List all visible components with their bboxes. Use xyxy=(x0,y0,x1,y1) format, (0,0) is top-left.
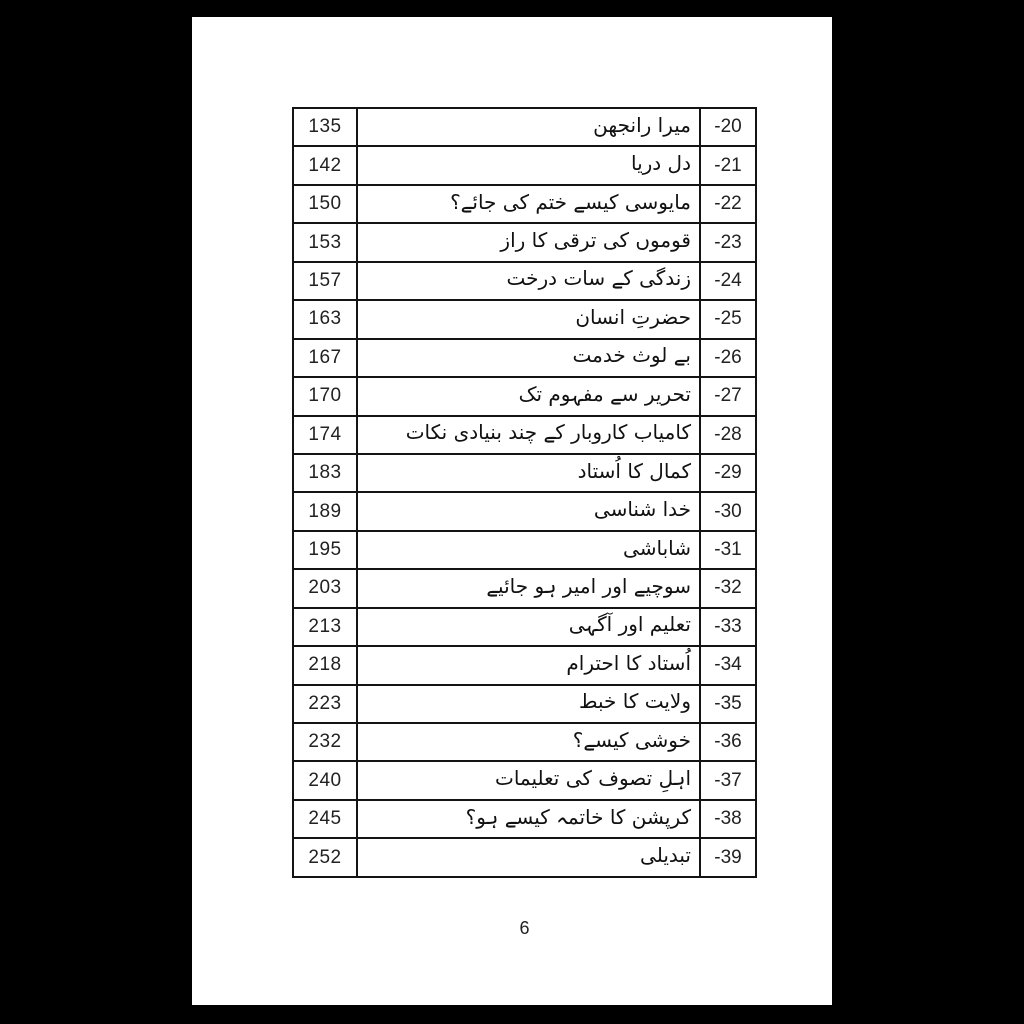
chapter-number-cell: -37 xyxy=(700,761,756,799)
toc-row: 153قوموں کی ترقی کا راز-23 xyxy=(293,223,756,261)
toc-row: 195شاباشی-31 xyxy=(293,531,756,569)
toc-row: 189خدا شناسی-30 xyxy=(293,492,756,530)
page-number-cell: 245 xyxy=(293,800,357,838)
page-number-cell: 189 xyxy=(293,492,357,530)
toc-row: 135میرا رانجھن-20 xyxy=(293,108,756,146)
chapter-number-cell: -29 xyxy=(700,454,756,492)
chapter-number-cell: -28 xyxy=(700,416,756,454)
toc-row: 203سوچیے اور امیر ہو جائیے-32 xyxy=(293,569,756,607)
toc-row: 218اُستاد کا احترام-34 xyxy=(293,646,756,684)
toc-row: 150مایوسی کیسے ختم کی جائے؟-22 xyxy=(293,185,756,223)
page-number-cell: 174 xyxy=(293,416,357,454)
page-number-cell: 252 xyxy=(293,838,357,877)
page-number-cell: 183 xyxy=(293,454,357,492)
chapter-title-cell: میرا رانجھن xyxy=(357,108,700,146)
chapter-number-cell: -32 xyxy=(700,569,756,607)
page-number-cell: 157 xyxy=(293,262,357,300)
toc-row: 183کمال کا اُستاد-29 xyxy=(293,454,756,492)
page-number-cell: 142 xyxy=(293,146,357,184)
toc-row: 232خوشی کیسے؟-36 xyxy=(293,723,756,761)
chapter-number-cell: -35 xyxy=(700,685,756,723)
toc-table: 135میرا رانجھن-20142دل دریا-21150مایوسی … xyxy=(292,107,757,878)
page-number: 6 xyxy=(292,918,757,939)
chapter-number-cell: -20 xyxy=(700,108,756,146)
toc-row: 163حضرتِ انسان-25 xyxy=(293,300,756,338)
page-number-cell: 163 xyxy=(293,300,357,338)
page-number-cell: 232 xyxy=(293,723,357,761)
toc-row: 170تحریر سے مفہوم تک-27 xyxy=(293,377,756,415)
chapter-title-cell: کامیاب کاروبار کے چند بنیادی نکات xyxy=(357,416,700,454)
chapter-title-cell: بے لوث خدمت xyxy=(357,339,700,377)
chapter-number-cell: -38 xyxy=(700,800,756,838)
page-number-cell: 170 xyxy=(293,377,357,415)
chapter-number-cell: -31 xyxy=(700,531,756,569)
chapter-number-cell: -27 xyxy=(700,377,756,415)
toc-row: 157زندگی کے سات درخت-24 xyxy=(293,262,756,300)
chapter-number-cell: -21 xyxy=(700,146,756,184)
chapter-title-cell: کرپشن کا خاتمہ کیسے ہو؟ xyxy=(357,800,700,838)
chapter-title-cell: حضرتِ انسان xyxy=(357,300,700,338)
page-number-cell: 150 xyxy=(293,185,357,223)
chapter-number-cell: -33 xyxy=(700,608,756,646)
chapter-title-cell: خدا شناسی xyxy=(357,492,700,530)
toc-row: 213تعلیم اور آگہی-33 xyxy=(293,608,756,646)
chapter-title-cell: قوموں کی ترقی کا راز xyxy=(357,223,700,261)
chapter-title-cell: خوشی کیسے؟ xyxy=(357,723,700,761)
page-number-cell: 195 xyxy=(293,531,357,569)
toc-table-body: 135میرا رانجھن-20142دل دریا-21150مایوسی … xyxy=(293,108,756,877)
chapter-number-cell: -36 xyxy=(700,723,756,761)
page-number-cell: 240 xyxy=(293,761,357,799)
chapter-number-cell: -23 xyxy=(700,223,756,261)
chapter-title-cell: تحریر سے مفہوم تک xyxy=(357,377,700,415)
toc-row: 142دل دریا-21 xyxy=(293,146,756,184)
page-number-cell: 135 xyxy=(293,108,357,146)
scan-background: 135میرا رانجھن-20142دل دریا-21150مایوسی … xyxy=(0,0,1024,1024)
chapter-number-cell: -25 xyxy=(700,300,756,338)
chapter-number-cell: -24 xyxy=(700,262,756,300)
chapter-title-cell: اہلِ تصوف کی تعلیمات xyxy=(357,761,700,799)
chapter-number-cell: -39 xyxy=(700,838,756,877)
chapter-number-cell: -22 xyxy=(700,185,756,223)
page-number-cell: 203 xyxy=(293,569,357,607)
page-number-cell: 167 xyxy=(293,339,357,377)
chapter-number-cell: -26 xyxy=(700,339,756,377)
chapter-title-cell: تعلیم اور آگہی xyxy=(357,608,700,646)
chapter-title-cell: کمال کا اُستاد xyxy=(357,454,700,492)
chapter-number-cell: -30 xyxy=(700,492,756,530)
page-number-cell: 218 xyxy=(293,646,357,684)
chapter-title-cell: زندگی کے سات درخت xyxy=(357,262,700,300)
chapter-title-cell: دل دریا xyxy=(357,146,700,184)
toc-row: 245کرپشن کا خاتمہ کیسے ہو؟-38 xyxy=(293,800,756,838)
page-number-cell: 213 xyxy=(293,608,357,646)
chapter-title-cell: سوچیے اور امیر ہو جائیے xyxy=(357,569,700,607)
chapter-number-cell: -34 xyxy=(700,646,756,684)
toc-row: 252تبدیلی-39 xyxy=(293,838,756,877)
toc-row: 240اہلِ تصوف کی تعلیمات-37 xyxy=(293,761,756,799)
chapter-title-cell: ولایت کا خبط xyxy=(357,685,700,723)
page-number-cell: 223 xyxy=(293,685,357,723)
chapter-title-cell: اُستاد کا احترام xyxy=(357,646,700,684)
chapter-title-cell: مایوسی کیسے ختم کی جائے؟ xyxy=(357,185,700,223)
toc-row: 223ولایت کا خبط-35 xyxy=(293,685,756,723)
toc-row: 174کامیاب کاروبار کے چند بنیادی نکات-28 xyxy=(293,416,756,454)
toc-row: 167بے لوث خدمت-26 xyxy=(293,339,756,377)
book-page: 135میرا رانجھن-20142دل دریا-21150مایوسی … xyxy=(192,17,832,1005)
chapter-title-cell: شاباشی xyxy=(357,531,700,569)
chapter-title-cell: تبدیلی xyxy=(357,838,700,877)
page-number-cell: 153 xyxy=(293,223,357,261)
